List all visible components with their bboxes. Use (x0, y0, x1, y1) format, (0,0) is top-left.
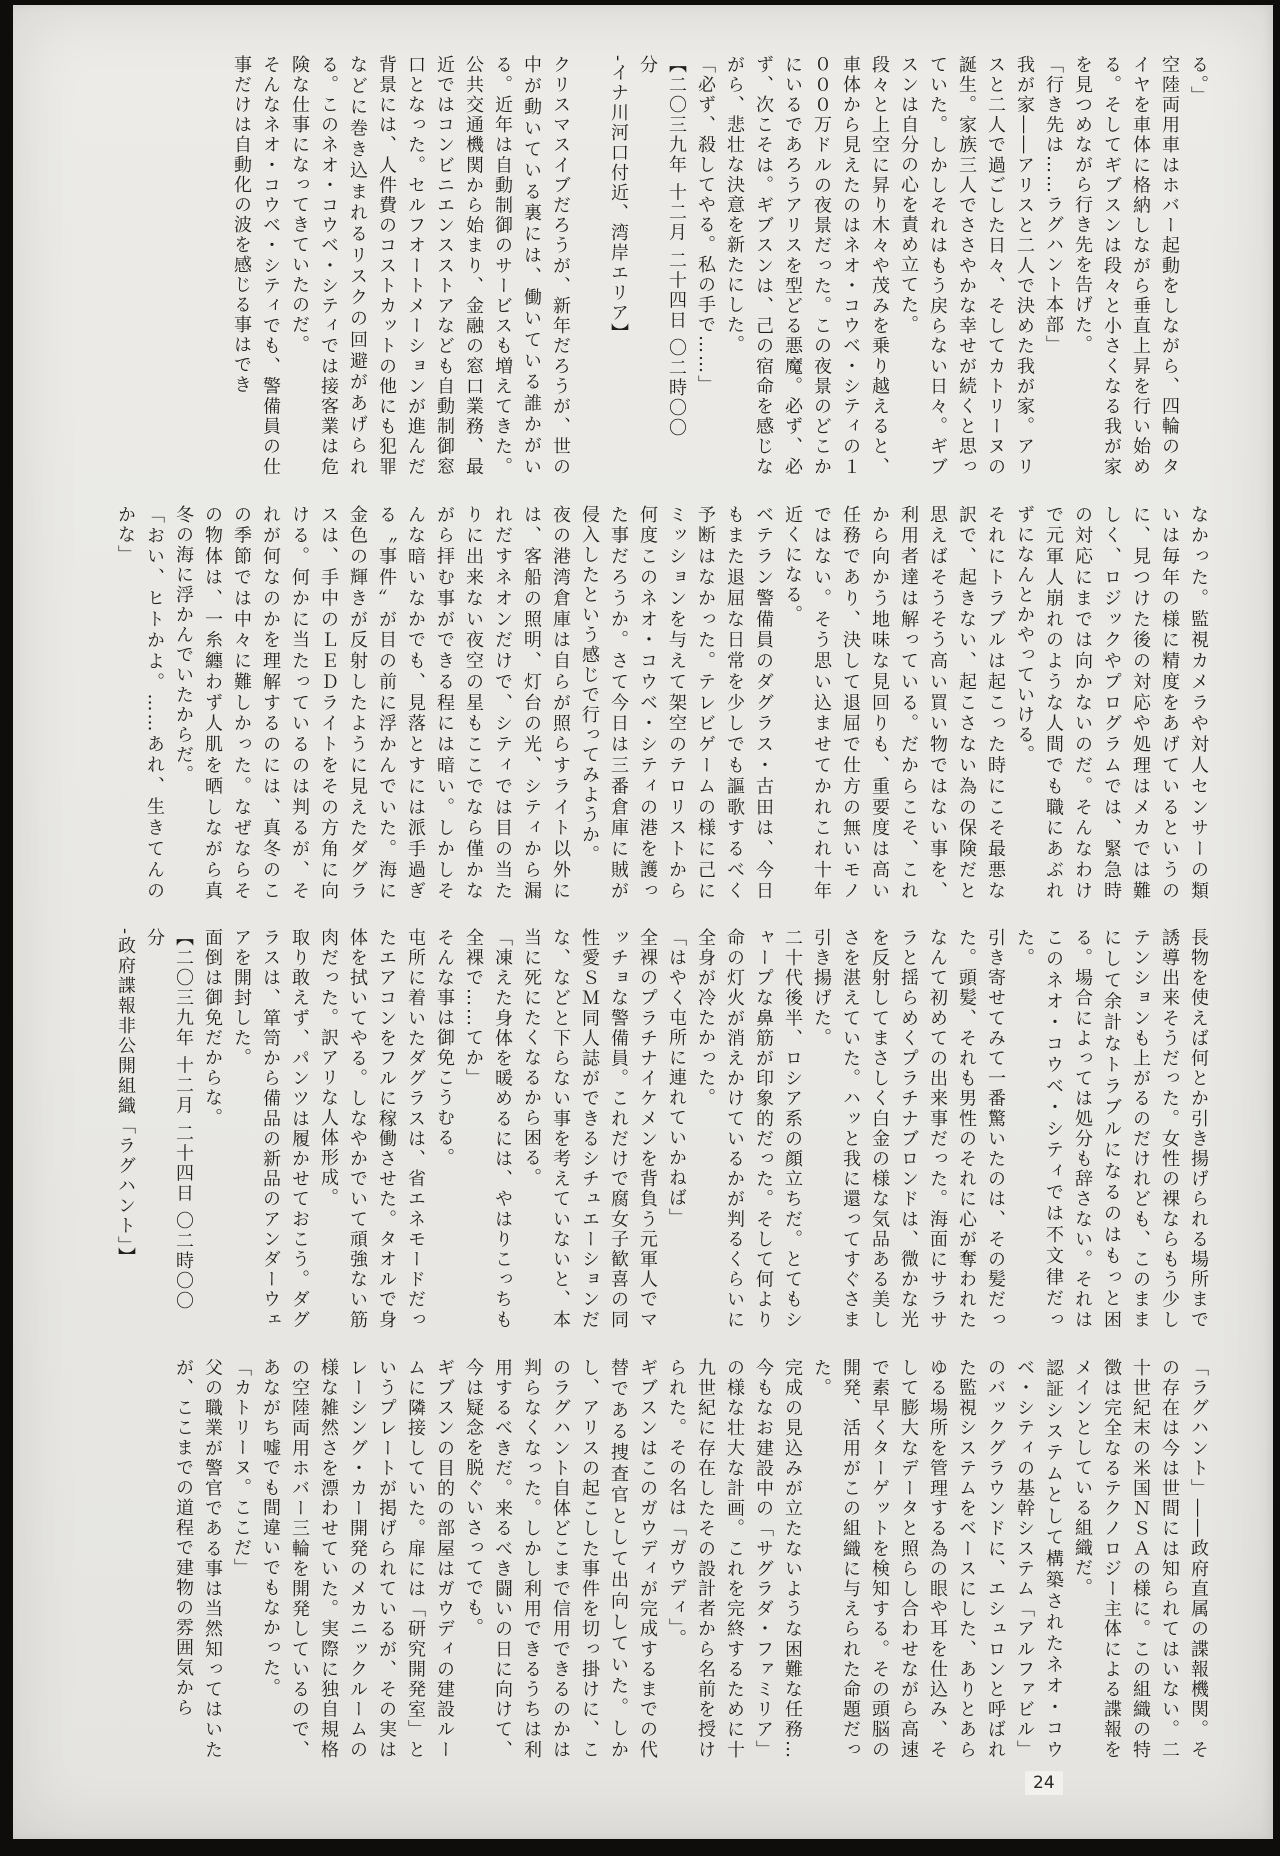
scanned-book-page: る。」 空陸両用車はホバー起動をしながら、四輪のタイヤを車体に格納しながら垂直上… (0, 0, 1280, 1856)
text-band-4: 「ラグハント」――政府直属の諜報機関。その存在は今は世間には知られてはいない。二… (169, 1358, 1213, 1760)
text-band-2: なかった。監視カメラや対人センサーの類いは毎年の様に精度をあげているというのに、… (111, 505, 1213, 901)
text-band-1: る。」 空陸両用車はホバー起動をしながら、四輪のタイヤを車体に格納しながら垂直上… (227, 55, 1213, 477)
page-number: 24 (1025, 1771, 1063, 1795)
paper-background: る。」 空陸両用車はホバー起動をしながら、四輪のタイヤを車体に格納しながら垂直上… (13, 5, 1273, 1839)
text-band-3: 長物を使えば何とか引き揚げられる場所まで誘導出来そうだった。女性の裸ならもう少し… (111, 928, 1213, 1330)
